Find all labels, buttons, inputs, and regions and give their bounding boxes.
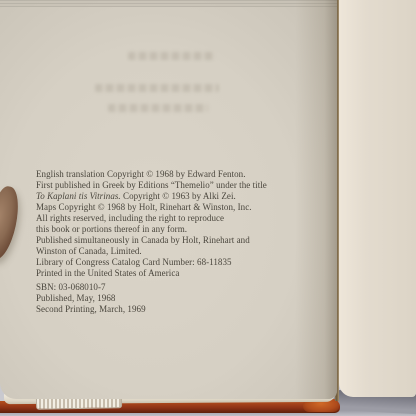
page-top-edge [0,0,337,7]
copyright-line: Published, May, 1968 [36,293,328,304]
copyright-line: English translation Copyright © 1968 by … [36,169,328,180]
show-through-text [95,84,219,92]
copyright-text-block: English translation Copyright © 1968 by … [36,169,328,315]
copyright-line: Published simultaneously in Canada by Ho… [36,235,328,246]
copyright-line: All rights reserved, including the right… [36,213,328,224]
copyright-line: To Kaplani tis Vitrinas. Copyright © 196… [36,191,328,202]
copyright-line: Printed in the United States of America [36,268,328,279]
show-through-text [128,52,214,60]
sbn-line: SBN: 03-068010-7 [36,282,328,293]
original-title-italic: To Kaplani tis Vitrinas. [36,191,121,201]
gutter-shading [295,0,337,399]
copyright-line: First published in Greek by Editions “Th… [36,180,328,191]
copyright-line: this book or portions thereof in any for… [36,224,328,235]
copyright-line: Maps Copyright © 1968 by Holt, Rinehart … [36,202,328,213]
facing-page [339,0,416,397]
book-photo: English translation Copyright © 1968 by … [0,0,416,416]
copyright-line: Library of Congress Catalog Card Number:… [36,257,328,268]
copyright-line: Winston of Canada, Limited. [36,246,328,257]
show-through-text [108,104,208,112]
copyright-line: Second Printing, March, 1969 [36,304,328,315]
copyright-page: English translation Copyright © 1968 by … [0,0,337,399]
